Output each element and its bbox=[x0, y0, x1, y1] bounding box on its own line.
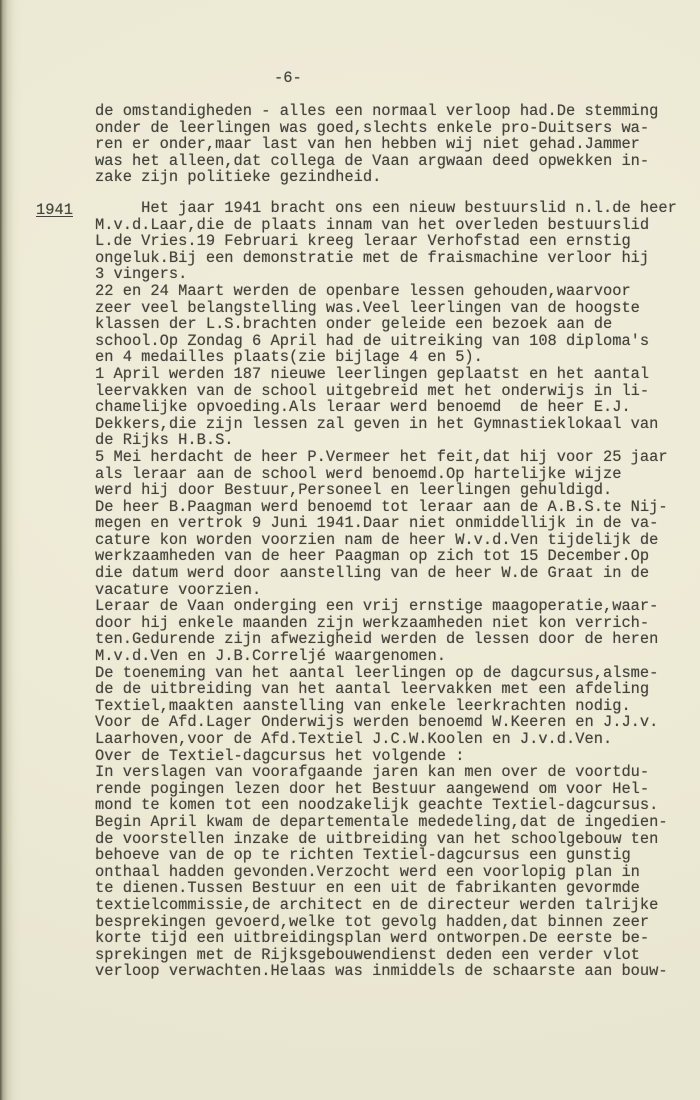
margin-year-label: 1941 bbox=[36, 202, 73, 219]
page-left-edge-shadow bbox=[0, 0, 22, 1100]
paragraph-year-1941: Het jaar 1941 bracht ons een nieuw bestu… bbox=[95, 200, 677, 980]
page-number: -6- bbox=[274, 70, 302, 87]
paragraph-intro: de omstandigheden - alles een normaal ve… bbox=[95, 103, 658, 186]
scanned-document-page: { "document": { "page_number": "-6-", "m… bbox=[0, 0, 700, 1100]
